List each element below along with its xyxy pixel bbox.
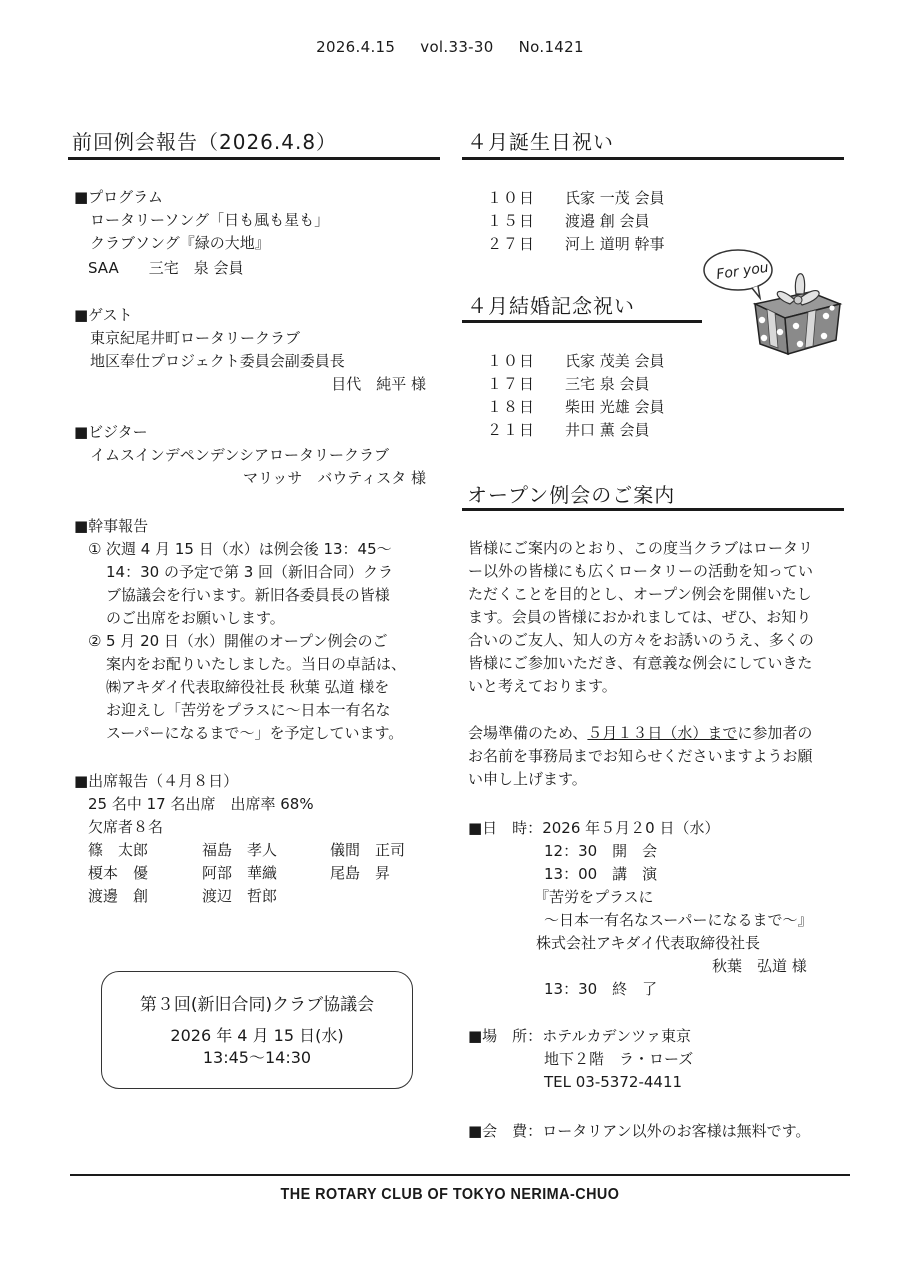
- schedule-label: ■日 時：: [468, 819, 542, 837]
- absentee-table: 篠 太郎 福島 孝人 儀間 正司 榎本 優 阿部 華織 尾島 昇 渡邊 創 渡辺…: [74, 839, 405, 908]
- schedule-item: 13：00 講 演: [468, 863, 813, 886]
- entry-day: １０日: [487, 187, 565, 210]
- visitor-section: ■ビジター イムスインデペンデンシアロータリークラブ マリッサ バウティスタ 様: [74, 421, 430, 490]
- report-line: ブ協議会を行います。新旧各委員長の皆様: [106, 584, 406, 607]
- rsvp-line: お名前を事務局までお知らせくださいますようお願: [468, 745, 813, 768]
- attendance-summary: 25 名中 17 名出席 出席率 68%: [74, 793, 405, 816]
- club-assembly-notice-box: 第３回(新旧合同)クラブ協議会 2026 年 4 月 15 日(水) 13:45…: [101, 971, 413, 1089]
- section-divider: [462, 320, 702, 323]
- issue-date: 2026.4.15: [316, 38, 395, 56]
- fee-label: ■会 費：: [468, 1122, 542, 1140]
- entry-name: 三宅 泉 会員: [565, 373, 650, 396]
- attendance-heading: ■出席報告（４月８日）: [74, 770, 405, 793]
- anniversary-list: １０日 氏家 茂美 会員 １７日 三宅 泉 会員 １８日 柴田 光雄 会員 ２１…: [487, 350, 665, 442]
- guest-section: ■ゲスト 東京紀尾井町ロータリークラブ 地区奉仕プロジェクト委員会副委員長 目代…: [74, 304, 430, 396]
- report-line: 5 月 20 日（水）開催のオープン例会のご: [106, 630, 406, 653]
- venue-row: ■場 所：ホテルカデンツァ東京: [468, 1025, 693, 1048]
- item-marker: ①: [88, 538, 101, 561]
- section-divider: [462, 508, 844, 511]
- open-meeting-title: オープン例会のご案内: [467, 479, 675, 508]
- intro-line: ー以外の皆様にも広くロータリーの活動を知ってい: [468, 560, 814, 583]
- absentee-name: 阿部 華織: [202, 862, 330, 885]
- anniversaries-title: ４月結婚記念祝い: [467, 290, 635, 319]
- report-line: ㈱アキダイ代表取締役社長 秋葉 弘道 様を: [106, 676, 406, 699]
- entry-name: 氏家 一茂 会員: [565, 187, 665, 210]
- guest-heading: ■ゲスト: [74, 304, 430, 327]
- program-line: クラブソング『緑の大地』: [74, 232, 329, 255]
- anniversary-entry: ２１日 井口 薫 会員: [487, 419, 665, 442]
- absentee-name: 篠 太郎: [88, 839, 202, 862]
- absentee-name: 榎本 優: [88, 862, 202, 885]
- report-line: のご出席をお願いします。: [106, 607, 406, 630]
- entry-day: ２７日: [487, 233, 565, 256]
- section-divider: [462, 157, 844, 160]
- guest-line: 東京紀尾井町ロータリークラブ: [74, 327, 430, 350]
- entry-name: 氏家 茂美 会員: [565, 350, 665, 373]
- notice-date: 2026 年 4 月 15 日(水): [102, 1025, 412, 1047]
- issue-header: 2026.4.15 vol.33-30 No.1421: [0, 38, 900, 56]
- venue-tel: TEL 03-5372-4411: [468, 1071, 693, 1094]
- report-line: お迎えし「苦労をプラスに～日本一有名な: [106, 699, 406, 722]
- section-divider: [68, 157, 440, 160]
- venue-label: ■場 所：: [468, 1027, 542, 1045]
- item-marker: ②: [88, 630, 101, 653]
- entry-day: ２１日: [487, 419, 565, 442]
- anniversary-entry: １０日 氏家 茂美 会員: [487, 350, 665, 373]
- birthdays-title: ４月誕生日祝い: [467, 126, 614, 155]
- rsvp-line: 会場準備のため、５月１３日（水）までに参加者の: [468, 722, 813, 745]
- rsvp-deadline: ５月１３日（水）まで: [587, 724, 737, 742]
- birthday-entry: １０日 氏家 一茂 会員: [487, 187, 665, 210]
- intro-line: 皆様にご案内のとおり、この度当クラブはロータリ: [468, 537, 814, 560]
- guest-line: 地区奉仕プロジェクト委員会副委員長: [74, 350, 430, 373]
- intro-line: 皆様にご参加いただき、有意義な例会にしていきた: [468, 652, 814, 675]
- entry-day: １０日: [487, 350, 565, 373]
- absentee-name: 尾島 昇: [330, 862, 390, 885]
- notice-title: 第３回(新旧合同)クラブ協議会: [102, 990, 412, 1015]
- report-line: スーパーになるまで～」を予定しています。: [106, 722, 406, 745]
- schedule-date: 2026 年５月２0 日（水）: [542, 819, 719, 837]
- rsvp-notice: 会場準備のため、５月１３日（水）までに参加者の お名前を事務局までお知らせくださ…: [468, 722, 813, 791]
- fee-section: ■会 費：ロータリアン以外のお客様は無料です。: [468, 1120, 810, 1143]
- issue-volume: vol.33-30: [420, 38, 493, 56]
- absentee-name: 儀間 正司: [330, 839, 405, 862]
- fee-row: ■会 費：ロータリアン以外のお客様は無料です。: [468, 1120, 810, 1143]
- visitor-line: イムスインデペンデンシアロータリークラブ: [74, 444, 430, 467]
- entry-day: １８日: [487, 396, 565, 419]
- speaker-name: 秋葉 弘道 様: [468, 955, 813, 978]
- program-heading: ■プログラム: [74, 186, 329, 209]
- report-line: 14：30 の予定で第 3 回（新旧合同）クラ: [106, 561, 406, 584]
- program-line: SAA 三宅 泉 会員: [74, 257, 329, 280]
- program-line: ロータリーソング「日も風も星も」: [74, 209, 329, 232]
- absentee-row: 榎本 優 阿部 華織 尾島 昇: [88, 862, 405, 885]
- anniversary-entry: １８日 柴田 光雄 会員: [487, 396, 665, 419]
- report-line: 案内をお配りいたしました。当日の卓話は、: [106, 653, 406, 676]
- intro-line: 合いのご友人、知人の方々をお誘いのうえ、多くの: [468, 629, 814, 652]
- attendance-section: ■出席報告（４月８日） 25 名中 17 名出席 出席率 68% 欠席者８名 篠…: [74, 770, 405, 908]
- speaker-org: 株式会社アキダイ代表取締役社長: [468, 932, 813, 955]
- birthday-entry: １５日 渡邉 創 会員: [487, 210, 665, 233]
- visitor-name: マリッサ バウティスタ 様: [74, 467, 430, 490]
- venue-name: ホテルカデンツァ東京: [542, 1027, 691, 1045]
- schedule-item: 12：30 開 会: [468, 840, 813, 863]
- talk-title: 『苦労をプラスに: [468, 886, 813, 909]
- absentee-name: 渡辺 哲郎: [202, 885, 330, 908]
- schedule-row: ■日 時：2026 年５月２0 日（水）: [468, 817, 813, 840]
- entry-name: 渡邉 創 会員: [565, 210, 650, 233]
- open-meeting-intro: 皆様にご案内のとおり、この度当クラブはロータリ ー以外の皆様にも広くロータリーの…: [468, 537, 814, 698]
- absentee-name: 福島 孝人: [202, 839, 330, 862]
- secretary-report-section: ■幹事報告 ① 次週 4 月 15 日（水）は例会後 13：45～ 14：30 …: [74, 515, 406, 745]
- intro-line: ただくことを目的とし、オープン例会を開催いたし: [468, 583, 814, 606]
- venue-room: 地下２階 ラ・ローズ: [468, 1048, 693, 1071]
- fee-text: ロータリアン以外のお客様は無料です。: [542, 1122, 810, 1140]
- entry-day: １５日: [487, 210, 565, 233]
- entry-name: 河上 道明 幹事: [565, 233, 665, 256]
- anniversary-entry: １７日 三宅 泉 会員: [487, 373, 665, 396]
- notice-time: 13:45～14:30: [102, 1047, 412, 1069]
- birthday-entry: ２７日 河上 道明 幹事: [487, 233, 665, 256]
- entry-day: １７日: [487, 373, 565, 396]
- footer-divider: [70, 1174, 850, 1176]
- rsvp-prefix: 会場準備のため、: [468, 724, 587, 742]
- gift-box-icon: For you: [700, 242, 850, 357]
- visitor-heading: ■ビジター: [74, 421, 430, 444]
- intro-line: ます。会員の皆様におかれましては、ぜひ、お知り: [468, 606, 814, 629]
- schedule-item: 13：30 終 了: [468, 978, 813, 1001]
- absentee-name: 渡邊 創: [88, 885, 202, 908]
- report-line: 次週 4 月 15 日（水）は例会後 13：45～: [106, 538, 406, 561]
- absent-label: 欠席者８名: [74, 816, 405, 839]
- secretary-report-heading: ■幹事報告: [74, 515, 406, 538]
- gift-illustration: For you: [700, 242, 850, 357]
- birthday-list: １０日 氏家 一茂 会員 １５日 渡邉 創 会員 ２７日 河上 道明 幹事: [487, 187, 665, 256]
- previous-meeting-title: 前回例会報告（2026.4.8）: [72, 126, 337, 155]
- entry-name: 井口 薫 会員: [565, 419, 650, 442]
- guest-name: 目代 純平 様: [74, 373, 430, 396]
- program-section: ■プログラム ロータリーソング「日も風も星も」 クラブソング『緑の大地』 SAA…: [74, 186, 329, 280]
- report-item: ① 次週 4 月 15 日（水）は例会後 13：45～ 14：30 の予定で第 …: [74, 538, 406, 630]
- rsvp-suffix: に参加者の: [737, 724, 812, 742]
- absentee-row: 篠 太郎 福島 孝人 儀間 正司: [88, 839, 405, 862]
- footer-club-name: THE ROTARY CLUB OF TOKYO NERIMA-CHUO: [45, 1186, 855, 1204]
- entry-name: 柴田 光雄 会員: [565, 396, 665, 419]
- rsvp-line: い申し上げます。: [468, 768, 813, 791]
- issue-number: No.1421: [519, 38, 584, 56]
- absentee-row: 渡邊 創 渡辺 哲郎: [88, 885, 405, 908]
- venue-section: ■場 所：ホテルカデンツァ東京 地下２階 ラ・ローズ TEL 03-5372-4…: [468, 1025, 693, 1094]
- intro-line: いと考えております。: [468, 675, 814, 698]
- schedule-section: ■日 時：2026 年５月２0 日（水） 12：30 開 会 13：00 講 演…: [468, 817, 813, 1001]
- talk-title: ～日本一有名なスーパーになるまで～』: [468, 909, 813, 932]
- report-item: ② 5 月 20 日（水）開催のオープン例会のご 案内をお配りいたしました。当日…: [74, 630, 406, 745]
